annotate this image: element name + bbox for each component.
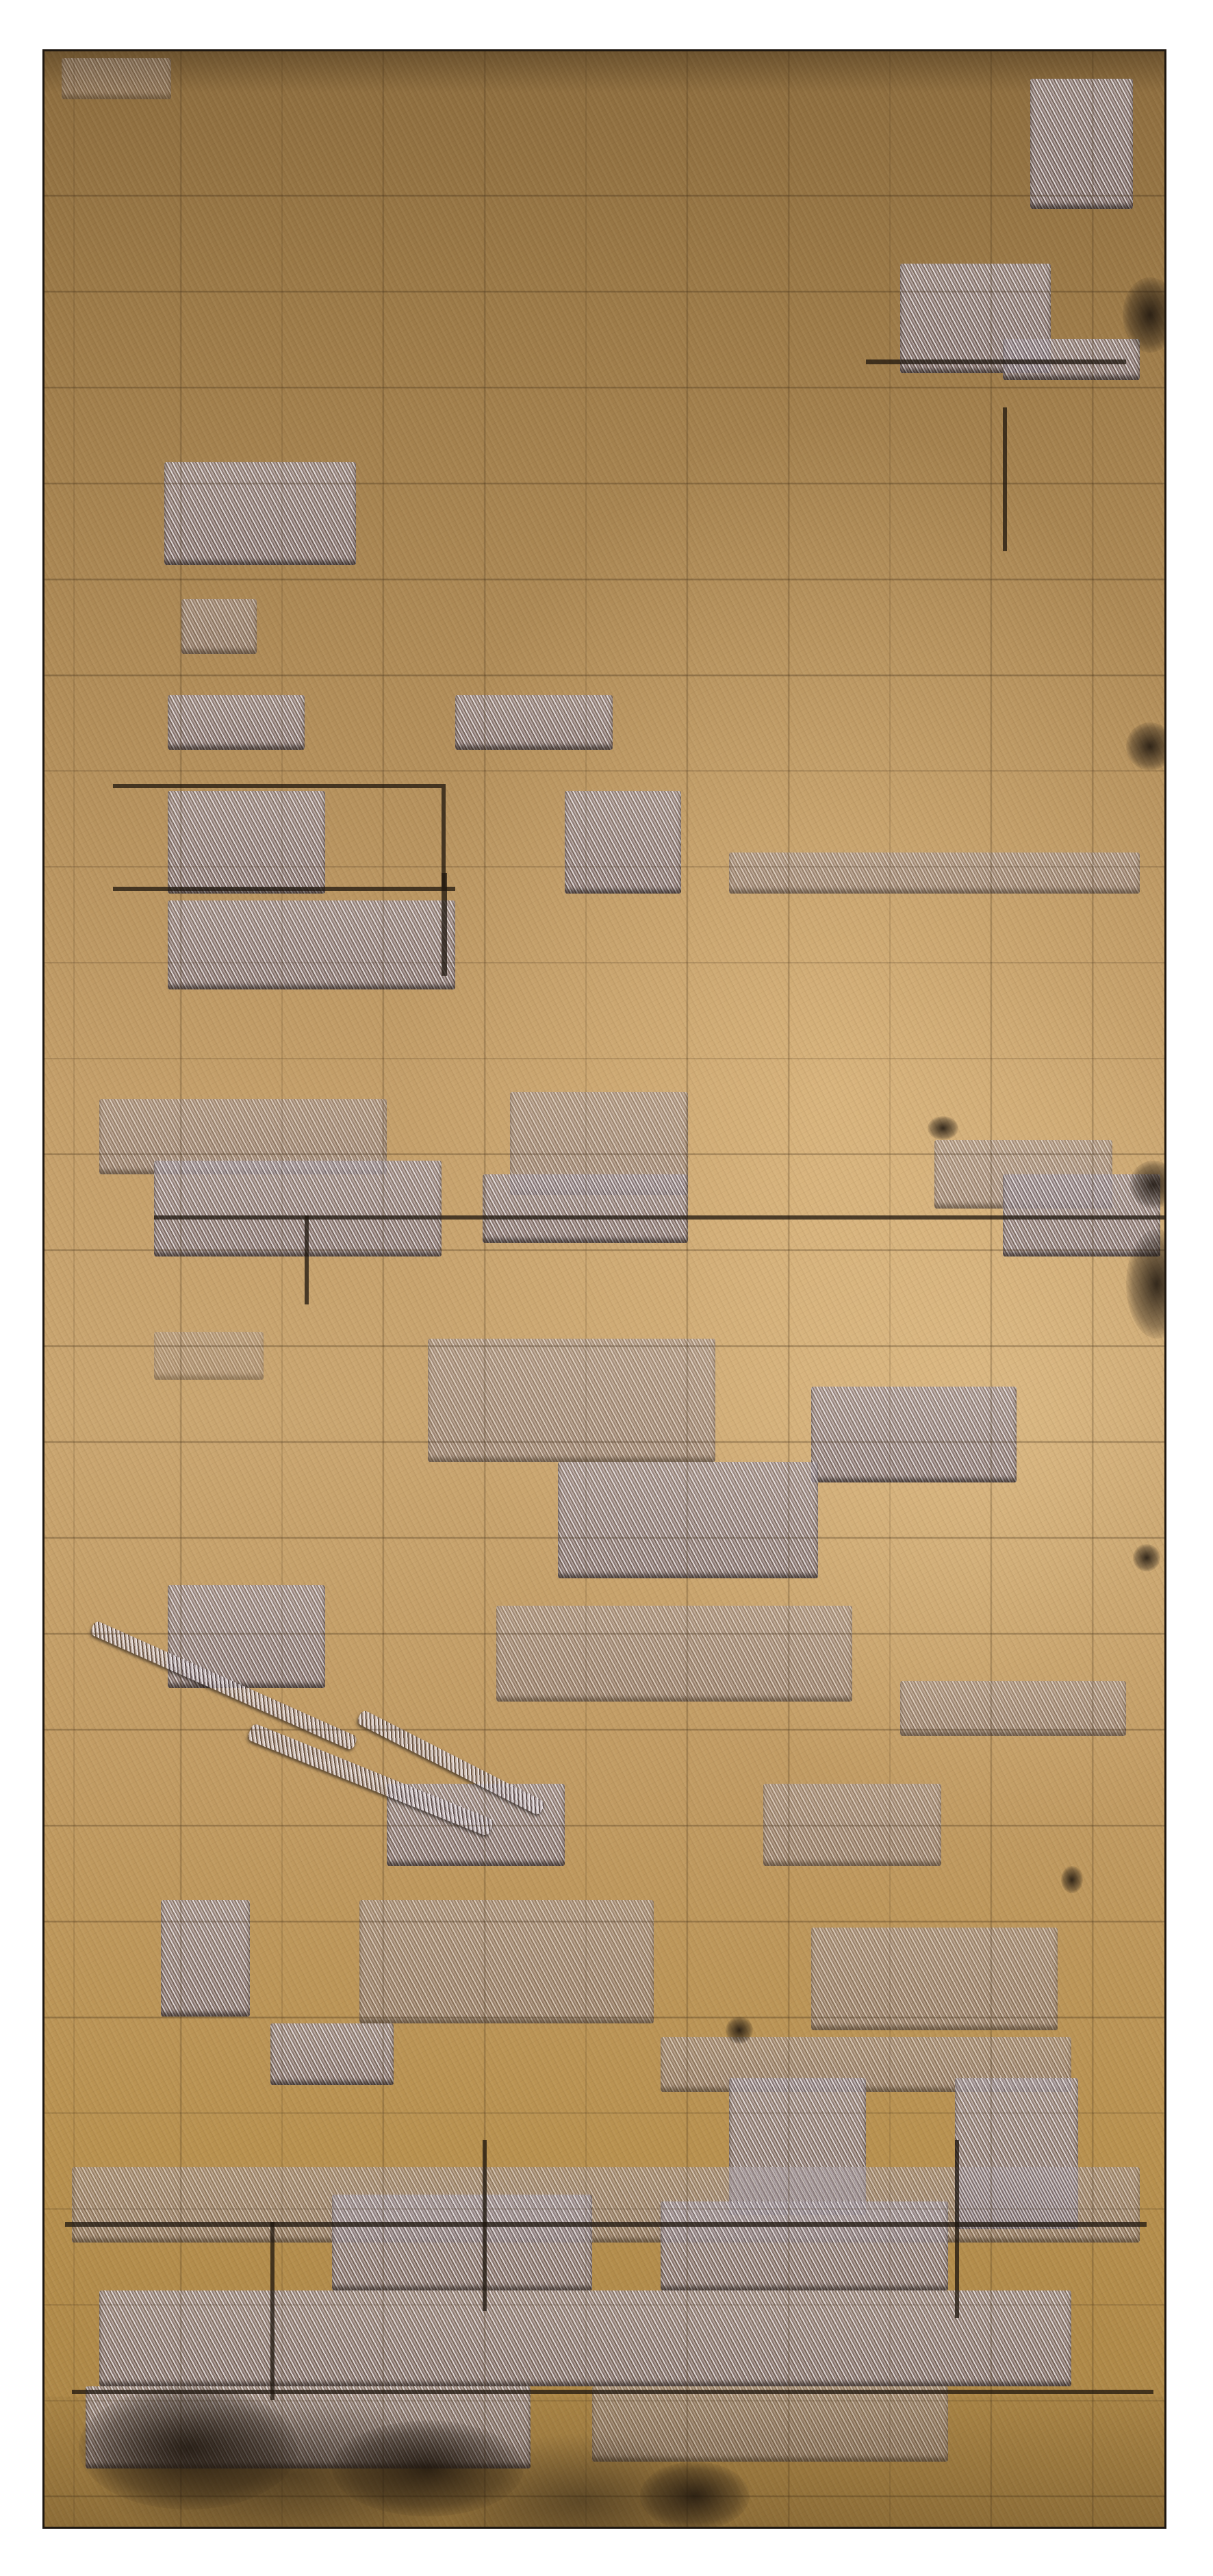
silver-leaf-patch xyxy=(811,1387,1017,1482)
dark-tile-seam xyxy=(866,359,1126,364)
diagonal-silver-streak xyxy=(246,1723,494,1836)
bottom-dark-band xyxy=(44,2397,1164,2527)
dark-tile-seam xyxy=(483,2140,487,2311)
dark-tile-seam xyxy=(113,784,442,788)
silver-leaf-patch xyxy=(154,1332,264,1380)
silver-leaf-patch xyxy=(729,853,1140,894)
silver-leaf-patch xyxy=(359,1900,654,2023)
dark-tile-seam xyxy=(305,1215,309,1304)
top-dark-band xyxy=(44,51,1164,92)
gold-leaf-artwork-panel: Photograph of a tall rectangular panel c… xyxy=(42,49,1166,2529)
dark-tile-seam xyxy=(442,873,447,976)
silver-leaf-patch xyxy=(811,1928,1058,2030)
silver-leaf-patch xyxy=(661,2201,948,2290)
silver-leaf-patch xyxy=(62,58,171,99)
dark-tile-seam xyxy=(113,887,455,891)
silver-leaf-patch xyxy=(558,1462,818,1578)
silver-leaf-patch xyxy=(72,2167,1140,2243)
silver-leaf-patch xyxy=(496,1606,852,1702)
dark-tile-seam xyxy=(442,784,446,887)
silver-leaf-patch xyxy=(1030,79,1133,209)
dark-smudge xyxy=(1126,722,1166,770)
dark-smudge xyxy=(726,2017,753,2044)
dark-smudge xyxy=(928,1116,958,1140)
silver-leaf-patch xyxy=(99,2290,1071,2386)
dark-smudge xyxy=(1061,1866,1083,1893)
silver-leaf-patch xyxy=(455,695,613,750)
silver-leaf-patch xyxy=(164,462,356,565)
silver-leaf-patch xyxy=(181,599,257,654)
silver-leaf-patch xyxy=(900,1681,1126,1736)
silver-leaf-patch xyxy=(565,791,681,894)
silver-leaf-patch xyxy=(270,2023,394,2085)
silver-leaf-patch xyxy=(168,900,455,989)
dark-tile-seam xyxy=(955,2140,959,2318)
silver-leaf-patch xyxy=(483,1174,688,1243)
silver-leaf-patch xyxy=(161,1900,250,2017)
silver-leaf-patch xyxy=(332,2195,592,2290)
silver-leaf-patch xyxy=(168,695,305,750)
silver-leaf-patch xyxy=(168,791,325,894)
dark-tile-seam xyxy=(1003,407,1007,551)
silver-leaf-patch xyxy=(763,1784,941,1866)
dark-tile-seam xyxy=(270,2222,274,2400)
silver-leaf-patch xyxy=(154,1161,442,1257)
silver-leaf-patch xyxy=(428,1339,715,1462)
dark-tile-seam xyxy=(65,2222,1147,2227)
dark-smudge xyxy=(1133,1544,1160,1571)
